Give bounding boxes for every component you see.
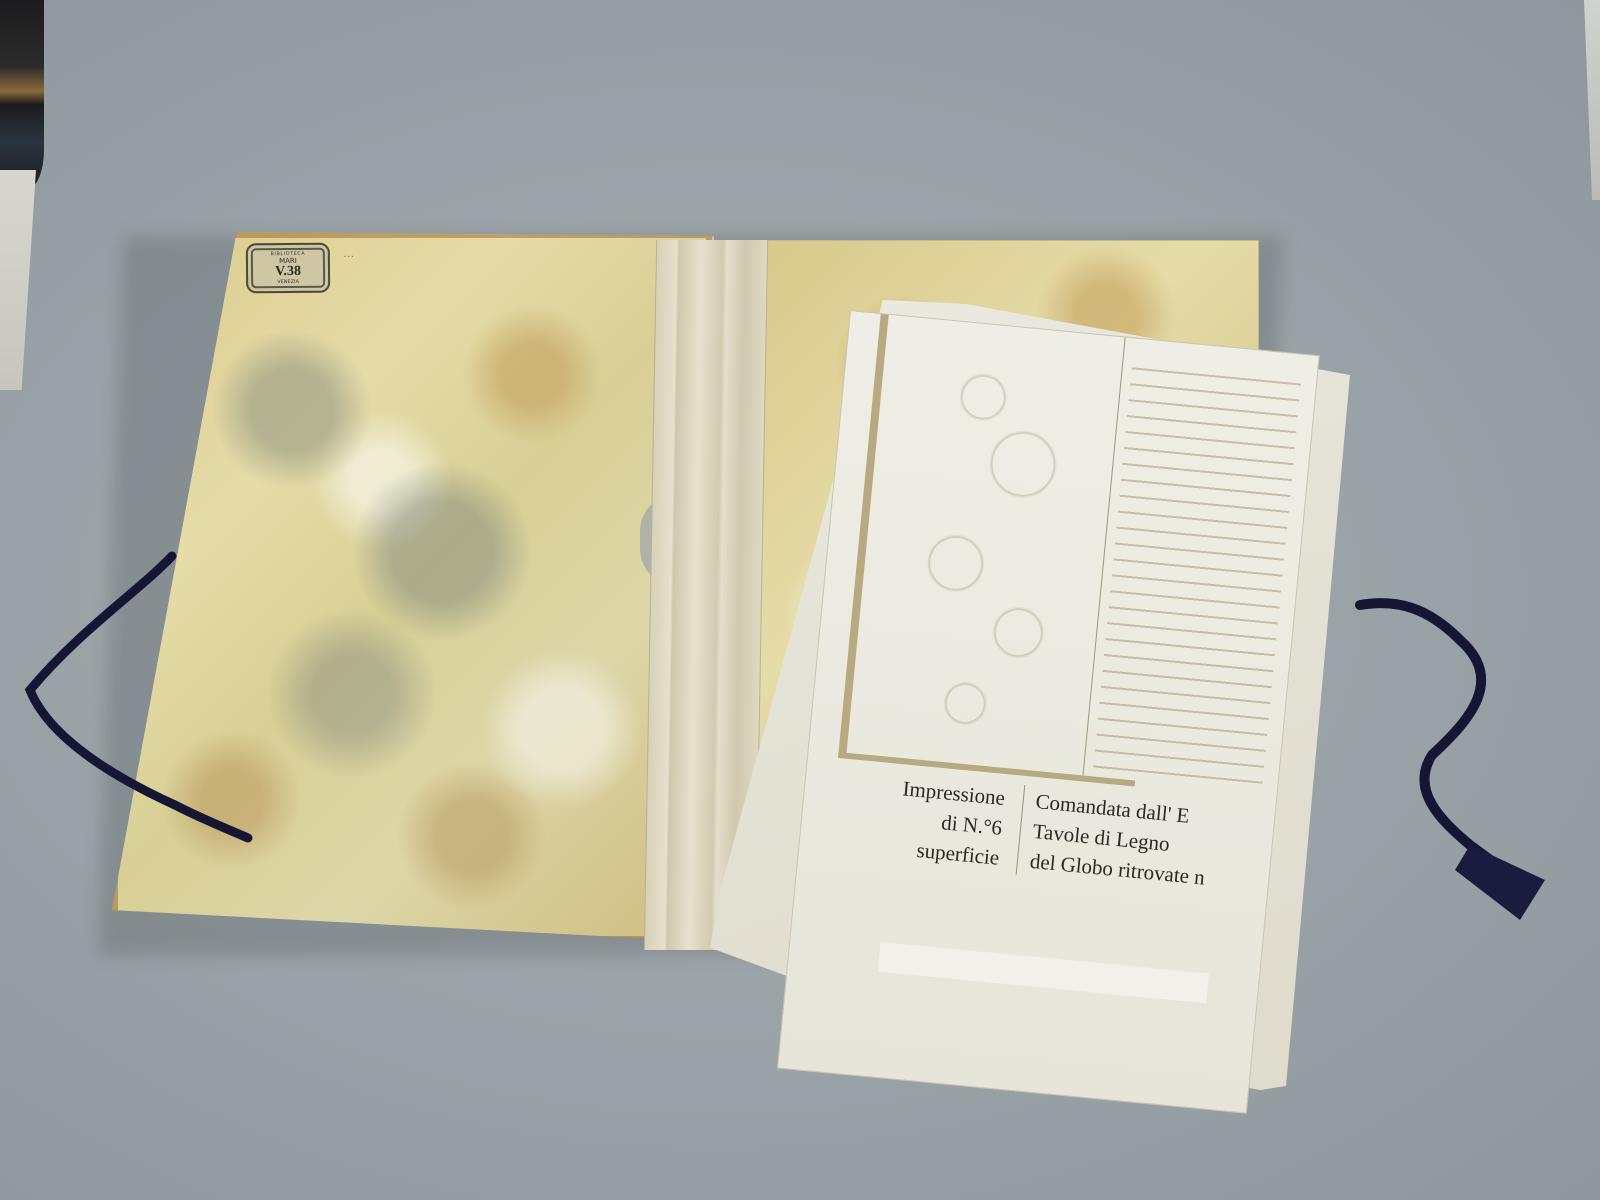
left-ribbon-tie [30,556,248,838]
right-ribbon-end [1455,845,1545,920]
right-ribbon-tie [1360,603,1530,890]
ribbon-ties [0,0,1600,1200]
